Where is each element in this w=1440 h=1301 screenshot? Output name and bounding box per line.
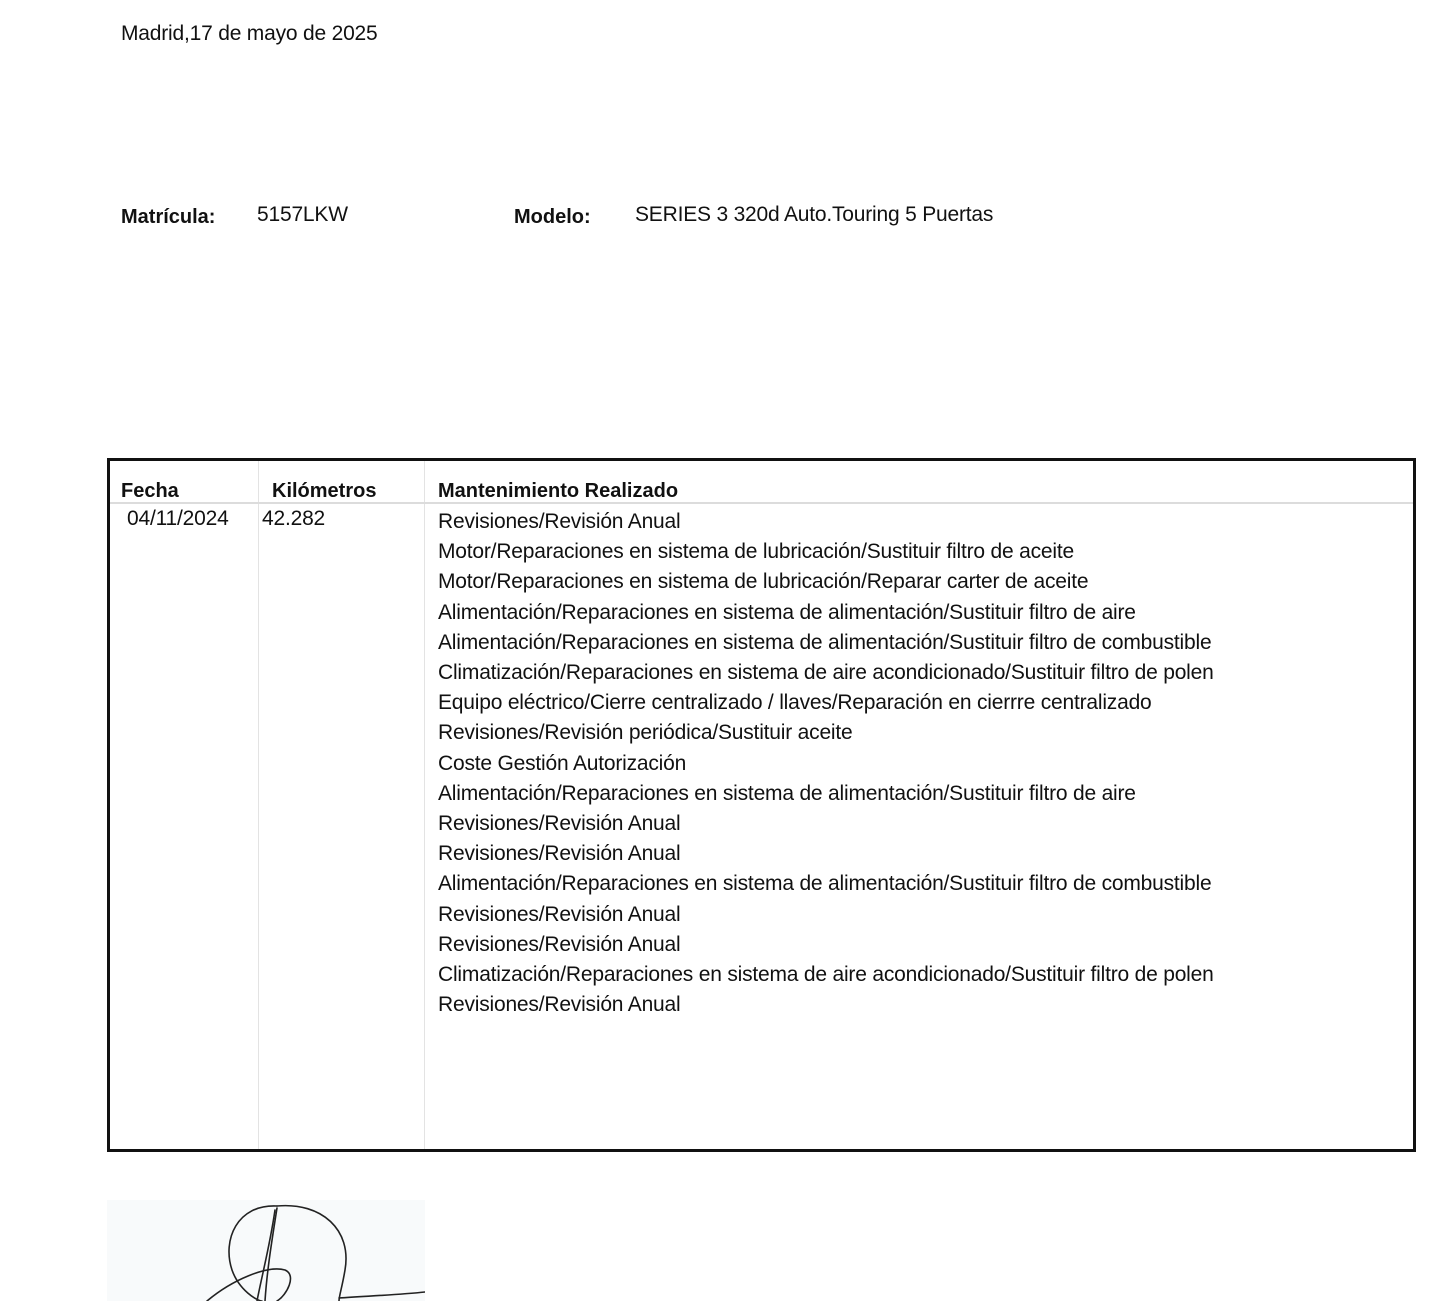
maintenance-item: Equipo eléctrico/Cierre centralizado / l… (438, 688, 1258, 718)
place-date: Madrid,17 de mayo de 2025 (121, 22, 378, 46)
maintenance-item: Alimentación/Reparaciones en sistema de … (438, 598, 1258, 628)
maintenance-item: Coste Gestión Autorización (438, 749, 1258, 779)
maintenance-item: Motor/Reparaciones en sistema de lubrica… (438, 567, 1258, 597)
maintenance-item: Revisiones/Revisión Anual (438, 990, 1258, 1020)
maintenance-item: Alimentación/Reparaciones en sistema de … (438, 628, 1258, 658)
maintenance-item: Revisiones/Revisión Anual (438, 507, 1258, 537)
column-divider (258, 461, 259, 1149)
maintenance-item: Climatización/Reparaciones en sistema de… (438, 960, 1258, 990)
signature-area (107, 1200, 425, 1301)
column-header-mantenimiento: Mantenimiento Realizado (438, 480, 678, 503)
model-value: SERIES 3 320d Auto.Touring 5 Puertas (635, 203, 993, 227)
maintenance-item: Alimentación/Reparaciones en sistema de … (438, 869, 1258, 899)
maintenance-item: Revisiones/Revisión Anual (438, 930, 1258, 960)
cell-fecha: 04/11/2024 (127, 507, 229, 531)
maintenance-item: Climatización/Reparaciones en sistema de… (438, 658, 1258, 688)
column-header-fecha: Fecha (121, 480, 179, 503)
maintenance-item: Revisiones/Revisión periódica/Sustituir … (438, 718, 1258, 748)
maintenance-table: Fecha Kilómetros Mantenimiento Realizado… (107, 458, 1416, 1152)
column-divider (424, 461, 425, 1149)
maintenance-item: Revisiones/Revisión Anual (438, 900, 1258, 930)
maintenance-item: Motor/Reparaciones en sistema de lubrica… (438, 537, 1258, 567)
cell-kilometros: 42.282 (262, 507, 325, 531)
maintenance-item: Revisiones/Revisión Anual (438, 809, 1258, 839)
column-header-kilometros: Kilómetros (272, 480, 376, 503)
plate-label: Matrícula: (121, 206, 215, 229)
maintenance-item: Alimentación/Reparaciones en sistema de … (438, 779, 1258, 809)
model-label: Modelo: (514, 206, 591, 229)
maintenance-list: Revisiones/Revisión AnualMotor/Reparacio… (438, 507, 1258, 1020)
signature-icon (107, 1200, 425, 1301)
maintenance-item: Revisiones/Revisión Anual (438, 839, 1258, 869)
plate-value: 5157LKW (257, 203, 348, 227)
